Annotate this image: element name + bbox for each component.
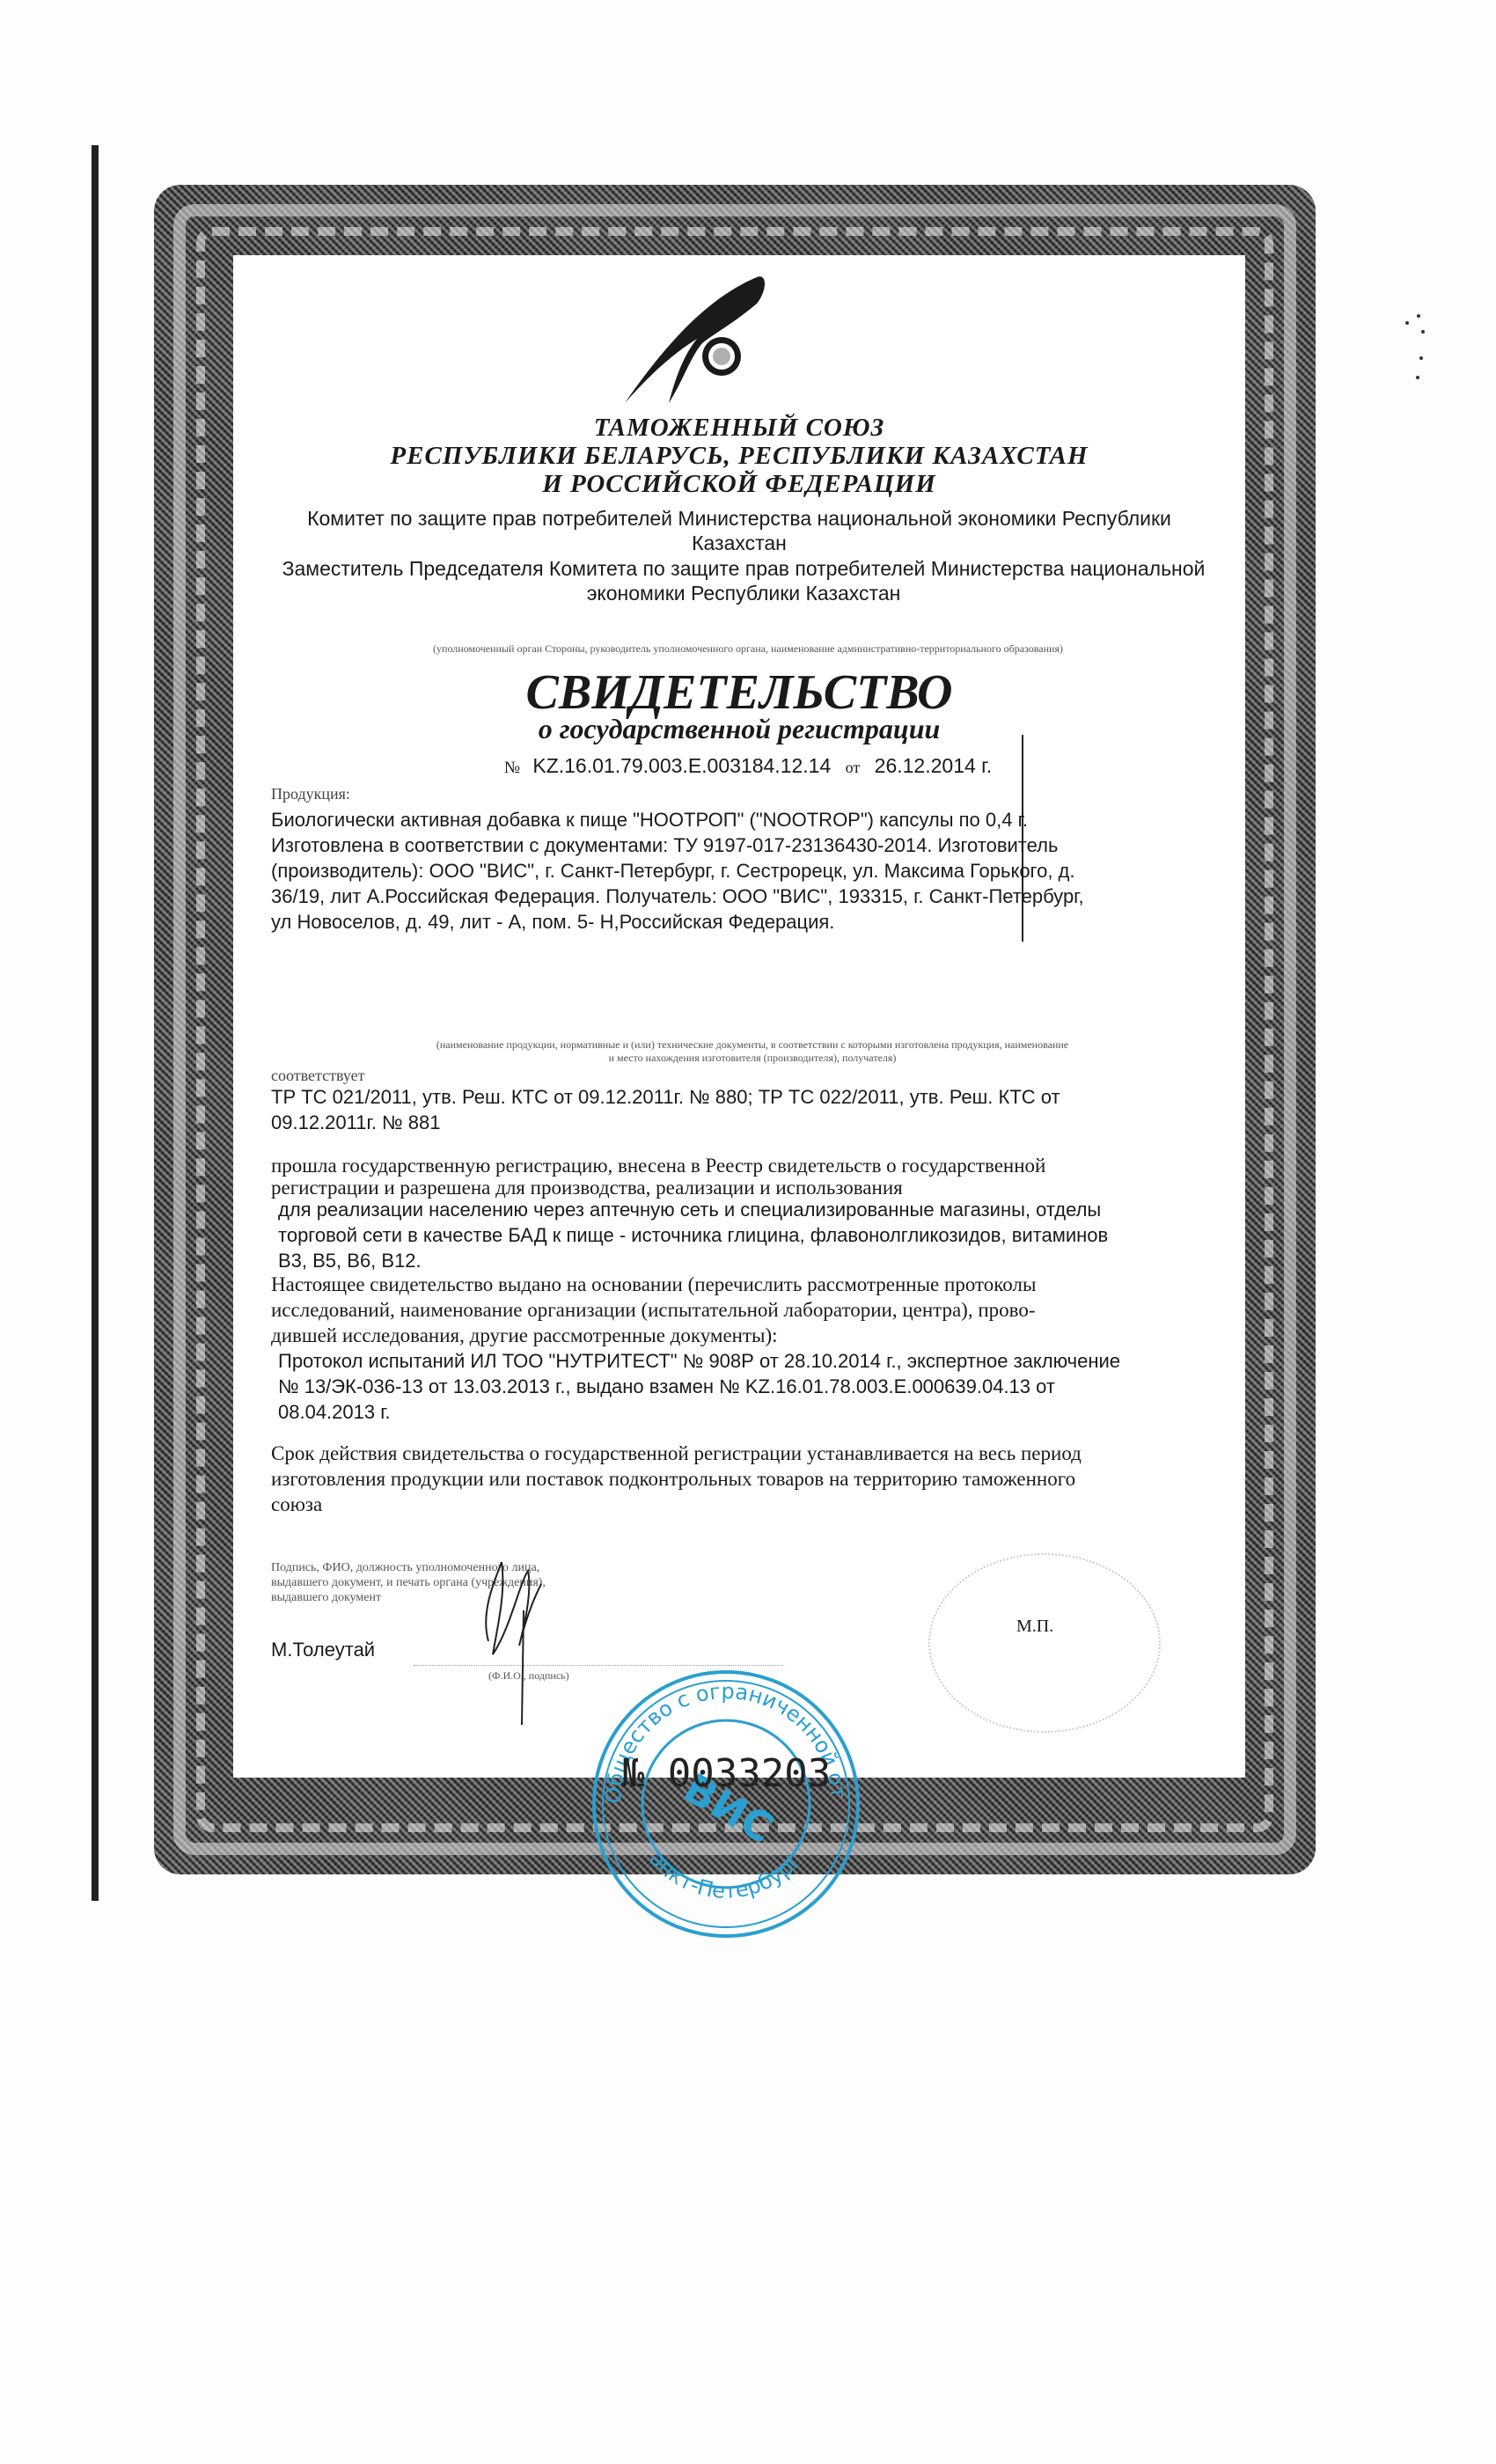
conformity-label: соответствует xyxy=(271,1067,1230,1084)
customs-union-logo-icon xyxy=(616,273,766,405)
seal-label: М.П. xyxy=(1016,1617,1053,1637)
certificate-subtitle: о государственной регистрации xyxy=(233,713,1245,745)
number-prefix: № xyxy=(504,759,520,777)
seal-placeholder xyxy=(928,1553,1161,1733)
conformity-section: соответствует ТР ТС 021/2011, утв. Реш. … xyxy=(271,1067,1230,1135)
committee-name: Комитет по защите прав потребителей Мини… xyxy=(233,506,1245,555)
scan-edge-bar xyxy=(92,145,99,1901)
registration-section: прошла государственную регистрацию, внес… xyxy=(271,1153,1230,1273)
product-section: Продукция: Биологически активная добавка… xyxy=(271,781,1230,935)
company-stamp-icon: Общество с ограниченной ответственностью… xyxy=(585,1663,867,1945)
product-caption: (наименование продукции, нормативные и (… xyxy=(273,1038,1232,1065)
product-label: Продукция: xyxy=(271,781,1230,807)
deputy-title: Заместитель Председателя Комитета по защ… xyxy=(224,556,1263,605)
registration-number: KZ.16.01.79.003.E.003184.12.14 xyxy=(532,754,831,777)
registration-date: 26.12.2014 г. xyxy=(875,754,992,777)
union-heading: ТАМОЖЕННЫЙ СОЮЗ РЕСПУБЛИКИ БЕЛАРУСЬ, РЕС… xyxy=(233,414,1245,498)
basis-section: Настоящее свидетельство выдано на основа… xyxy=(271,1272,1230,1425)
date-prefix: от xyxy=(846,759,861,776)
validity-section: Срок действия свидетельства о государств… xyxy=(271,1441,1230,1517)
signer-name: М.Толеутай xyxy=(271,1639,375,1661)
authority-caption: (уполномоченный орган Стороны, руководит… xyxy=(273,642,1223,656)
handwritten-signature-icon xyxy=(462,1558,559,1734)
svg-text:№ 0033203: № 0033203 xyxy=(621,1751,831,1796)
registration-number-line: № KZ.16.01.79.003.E.003184.12.14 от 26.1… xyxy=(0,754,1496,778)
scan-specks xyxy=(1404,304,1430,383)
